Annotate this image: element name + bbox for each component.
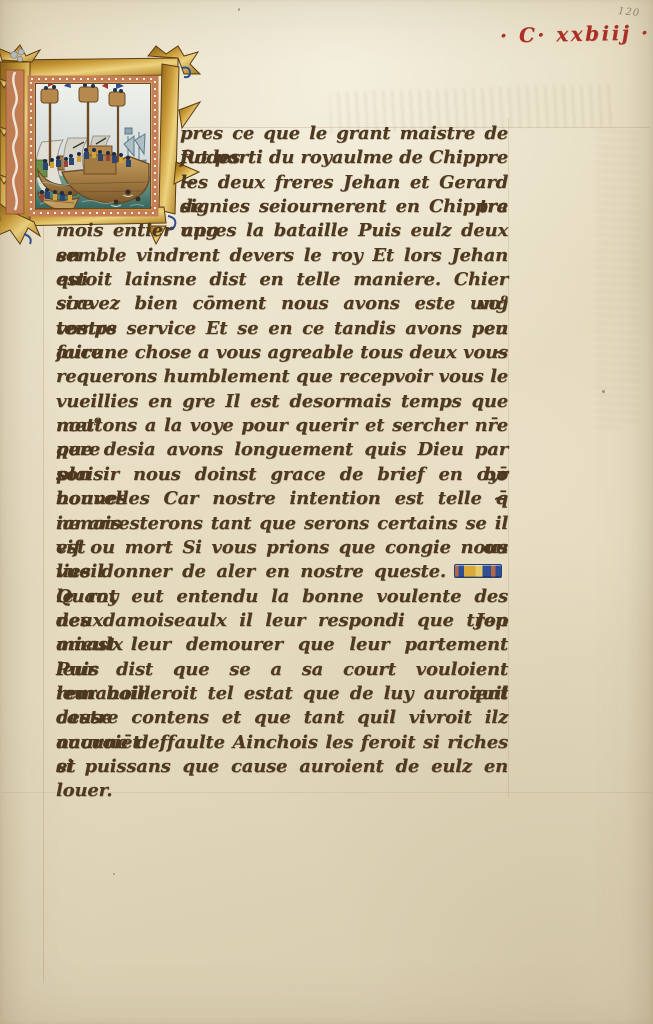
text-line: amast leur demourer que leur partement P… (56, 633, 508, 657)
text-line: ne arresterons tant que serons certains … (56, 512, 508, 536)
text-line: mois entier apres la bataille Puis eulz … (56, 219, 508, 243)
line-filler-ornament (454, 564, 502, 578)
text-block: pres ce que le grant maistre de Rodesfut… (56, 122, 508, 779)
text-line: signies seiournerent en Chippre ung (56, 195, 508, 219)
text-line: que desia avons longuement quis Dieu par… (56, 438, 508, 462)
text-line: si puissans que cause auroient de eulz e… (56, 755, 508, 779)
text-line: lies donner de aler en nostre queste.Qua… (56, 560, 508, 584)
text-line: vostre service Et se en ce tandis avons … (56, 317, 508, 341)
text-line: mettons a la voye pour querir et sercher… (56, 414, 508, 438)
parchment-speck (238, 8, 240, 11)
text-line: vueillies en gre Il est desormais temps … (56, 390, 508, 414)
parchment-speck (602, 390, 605, 393)
text-line: aucune chose a vous agreable tous deux v… (56, 341, 508, 365)
text-line: fut parti du royaulme de Chippre ~ (56, 146, 508, 170)
parchment-speck (113, 873, 115, 875)
text-line: estoit lainsne dist en telle maniere. Ch… (56, 268, 508, 292)
folio-number: 120 (617, 6, 640, 19)
text-line: semble vindrent devers le roy Et lors Je… (56, 244, 508, 268)
text-line-segment: lies donner de aler en nostre queste. (56, 561, 446, 582)
show-through-smudge (596, 128, 638, 428)
text-line: plaisir nous doinst grace de brief en oy… (56, 463, 508, 487)
text-line: nes damoiseaulx il leur respondi que tro… (56, 609, 508, 633)
text-line: le roy eut entendu la bonne voulente des… (56, 585, 508, 609)
ruling-line (508, 118, 509, 798)
text-line: vif ou mort Si vous prions que congie no… (56, 536, 508, 560)
text-line: pres ce que le grant maistre de Rodes (56, 122, 508, 146)
text-line: nouvelles Car nostre intention est telle… (56, 487, 508, 511)
text-line: destre contens et que tant quil vivroit … (56, 706, 508, 730)
frame-left-filigree (6, 70, 24, 214)
text-line: aucune deffaulte Ainchois les feroit si … (56, 731, 508, 755)
chapter-rubric: · C· xxbiij · (500, 20, 651, 47)
text-line: les deux freres Jehan et Gerard de tra (56, 171, 508, 195)
text-line: requerons humblement que recepvoir vous … (56, 365, 508, 389)
manuscript-page: 120 · C· xxbiij · (0, 0, 653, 1024)
text-line: leur dist que se a sa court vouloient re… (56, 658, 508, 682)
text-line: leur bailleroit tel estat que de luy aur… (56, 682, 508, 706)
text-line: scavez bien cōment nous avons este ung t… (56, 292, 508, 316)
